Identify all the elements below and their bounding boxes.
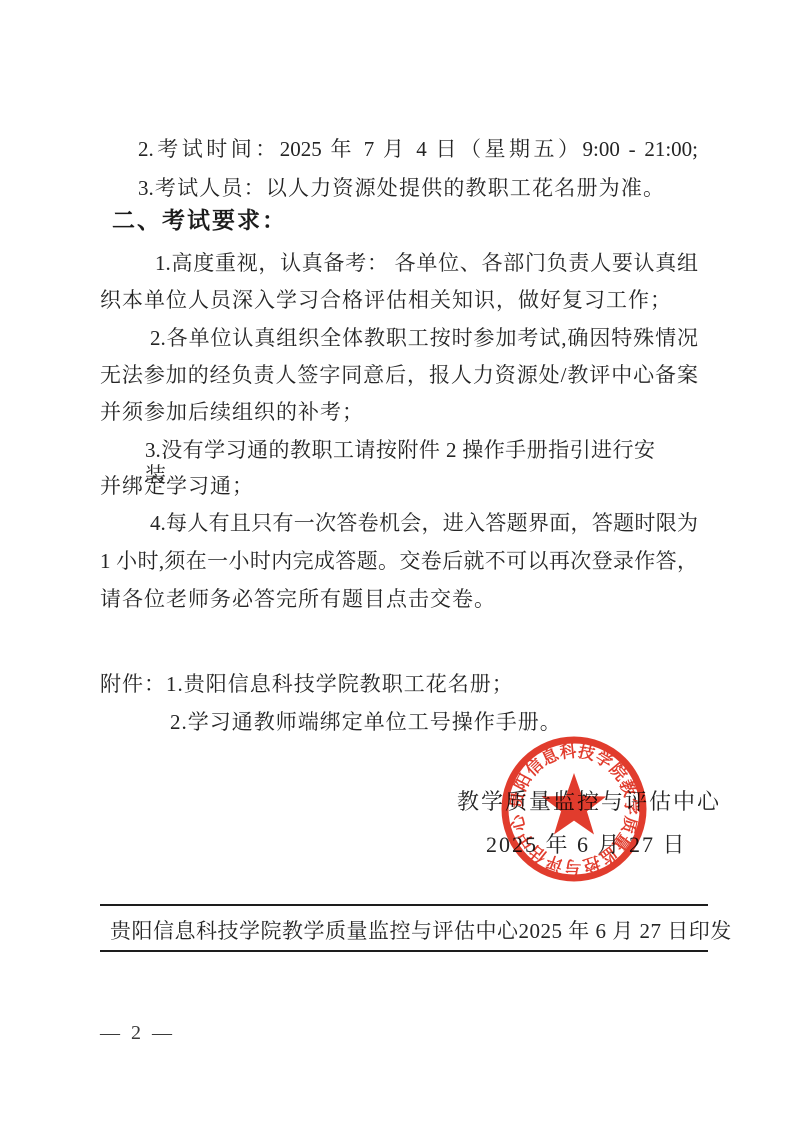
requirement-line: 1 小时,须在一小时内完成答题。交卷后就不可以再次登录作答， xyxy=(100,549,698,574)
star-icon xyxy=(542,773,607,835)
attachment-line-1: 附件：1.贵阳信息科技学院教职工花名册； xyxy=(100,672,514,697)
section-heading: 二、考试要求： xyxy=(112,207,287,235)
requirement-line: 并须参加后续组织的补考； xyxy=(100,400,364,425)
requirement-line: 4.每人有且只有一次答卷机会，进入答题界面，答题时限为 xyxy=(150,511,698,536)
requirement-line: 无法参加的经负责人签字同意后，报人力资源处/教评中心备案 xyxy=(100,363,698,388)
exam-personnel-line: 3.考试人员：以人力资源处提供的教职工花名册为准。 xyxy=(138,176,664,201)
footer-colophon: 贵阳信息科技学院教学质量监控与评估中心 2025 年 6 月 27 日印发 xyxy=(110,910,692,950)
page-number: — 2 — xyxy=(100,1022,175,1045)
footer-rule-bottom xyxy=(100,950,708,952)
footer-issuer: 贵阳信息科技学院教学质量监控与评估中心 xyxy=(110,915,519,945)
requirement-line: 1.高度重视，认真备考： 各单位、各部门负责人要认真组 xyxy=(155,251,698,276)
requirement-line: 2.各单位认真组织全体教职工按时参加考试,确因特殊情况 xyxy=(150,326,698,351)
footer-rule-top xyxy=(100,904,708,906)
requirement-line: 并绑定学习通； xyxy=(100,474,254,499)
requirement-line: 织本单位人员深入学习合格评估相关知识，做好复习工作； xyxy=(100,288,672,313)
document-page: 2.考试时间：2025 年 7 月 4 日（星期五）9:00 - 21:00; … xyxy=(0,0,793,1122)
exam-time-line: 2.考试时间：2025 年 7 月 4 日（星期五）9:00 - 21:00; xyxy=(138,137,698,162)
footer-print-date: 2025 年 6 月 27 日印发 xyxy=(519,915,732,945)
requirement-line: 请各位老师务必答完所有题目点击交卷。 xyxy=(100,587,496,612)
official-seal: 贵阳信息科技学院教学质量监控与评估中心 xyxy=(489,727,659,897)
